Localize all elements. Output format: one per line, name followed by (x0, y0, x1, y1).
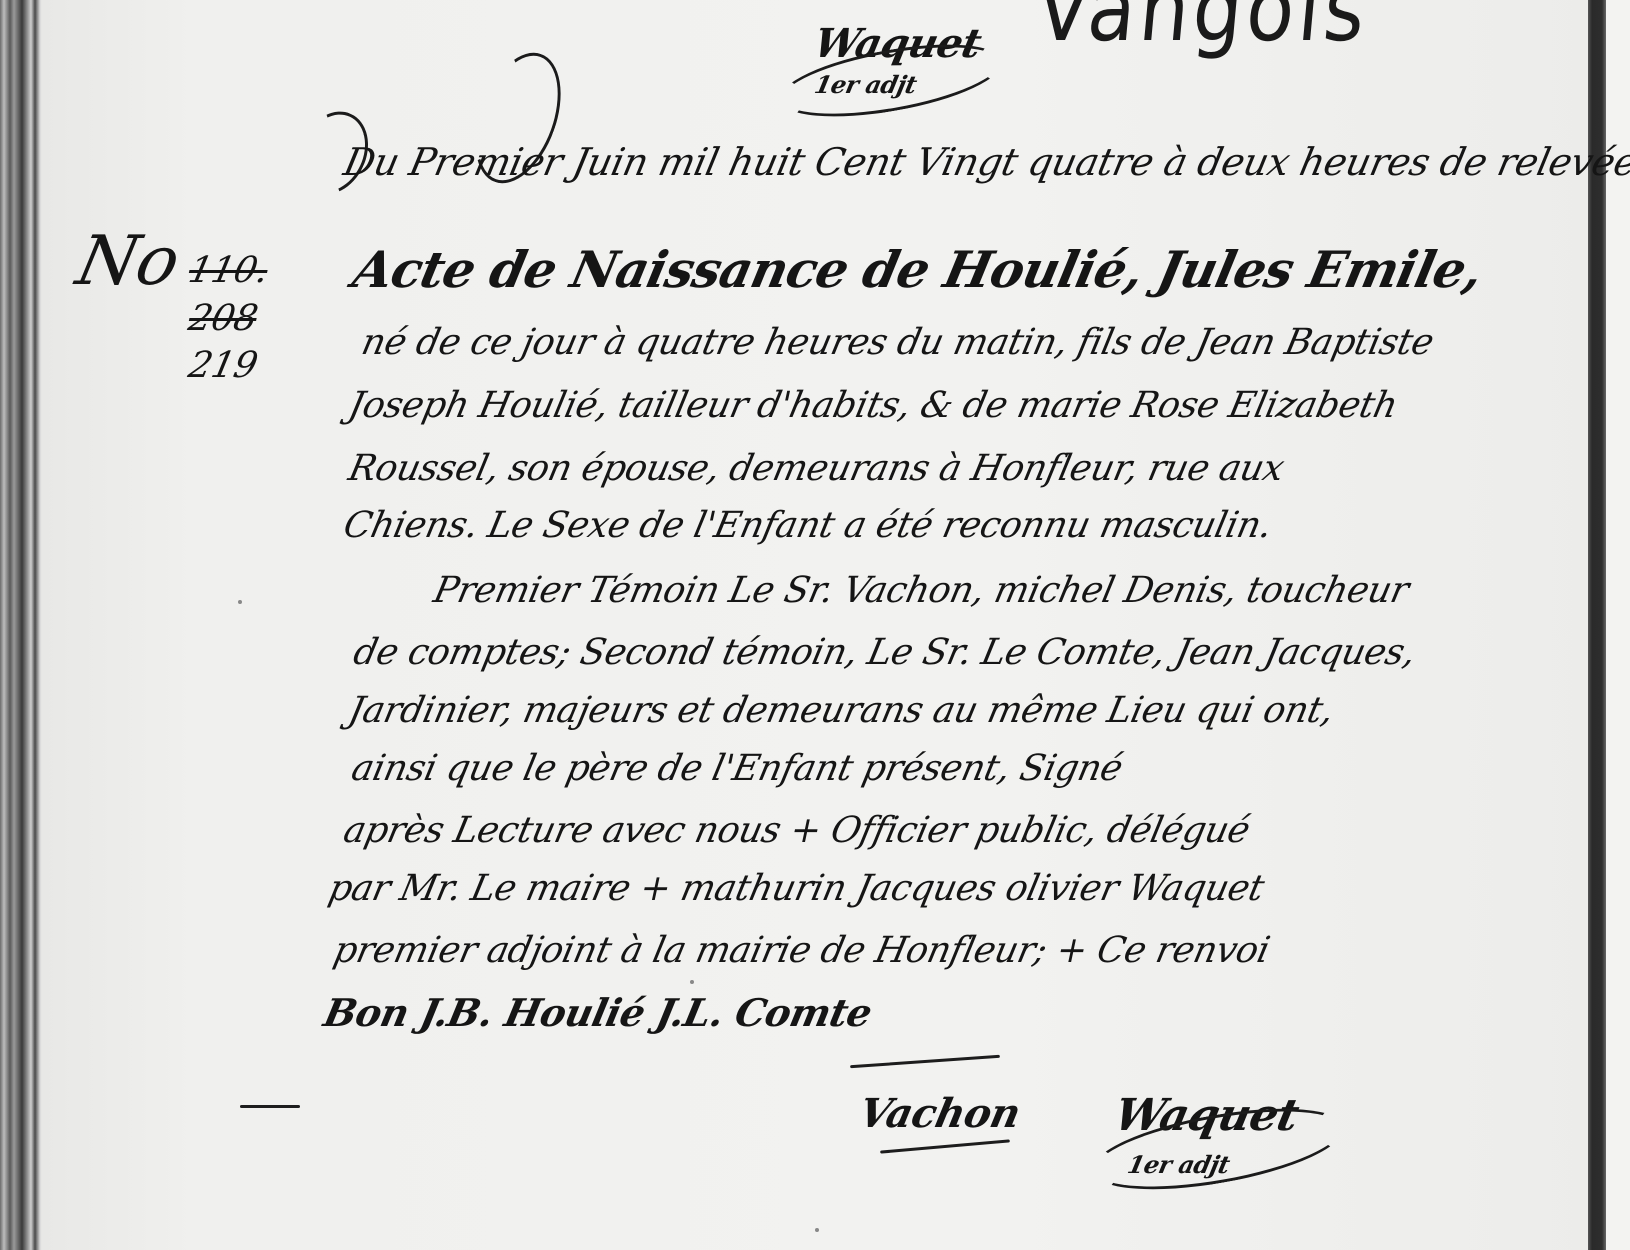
right-margin-rule (1588, 0, 1606, 1250)
paper-speck (238, 600, 242, 604)
entry-text-line-10: après Lecture avec nous + Officier publi… (340, 810, 1253, 851)
paper-speck (815, 1228, 819, 1232)
book-binding-edge (0, 0, 42, 1250)
margin-number-label: No (70, 222, 186, 301)
right-margin (1606, 0, 1630, 1250)
entry-text-line-6: Premier Témoin Le Sr. Vachon, michel Den… (430, 570, 1412, 611)
previous-entry-name-fragment: Vangois (1032, 0, 1374, 62)
margin-number-struck-1: 110. (185, 250, 272, 291)
margin-number-struck-2: 208 (185, 298, 261, 339)
entry-text-line-9: ainsi que le père de l'Enfant présent, S… (348, 748, 1126, 789)
paper-speck (690, 980, 694, 984)
signature-underline (850, 1055, 1000, 1068)
entry-text-line-4: Roussel, son épouse, demeurans à Honfleu… (345, 448, 1287, 489)
entry-signatures-line: Bon J.B. Houlié J.L. Comte (320, 990, 876, 1035)
entry-text-line-5: Chiens. Le Sexe de l'Enfant a été reconn… (340, 505, 1275, 546)
register-page: Vangois Waquet 1er adjt Du Premier Juin … (0, 0, 1630, 1250)
entry-text-line-11: par Mr. Le maire + mathurin Jacques oliv… (325, 868, 1267, 909)
entry-date-line: Du Premier Juin mil huit Cent Vingt quat… (340, 140, 1630, 184)
entry-text-line-7: de comptes; Second témoin, Le Sr. Le Com… (350, 632, 1419, 673)
margin-dash (240, 1105, 300, 1108)
entry-text-line-12: premier adjoint à la mairie de Honfleur;… (330, 930, 1273, 971)
entry-text-line-2: né de ce jour à quatre heures du matin, … (358, 322, 1437, 363)
entry-text-line-8: Jardinier, majeurs et demeurans au même … (345, 690, 1337, 731)
signature-vachon: Vachon (855, 1090, 1024, 1137)
margin-number-current: 219 (185, 345, 261, 386)
entry-title-line: Acte de Naissance de Houlié, Jules Emile… (348, 240, 1487, 299)
entry-text-line-3: Joseph Houlié, tailleur d'habits, & de m… (345, 385, 1401, 426)
signature-vachon-underline (880, 1139, 1010, 1153)
